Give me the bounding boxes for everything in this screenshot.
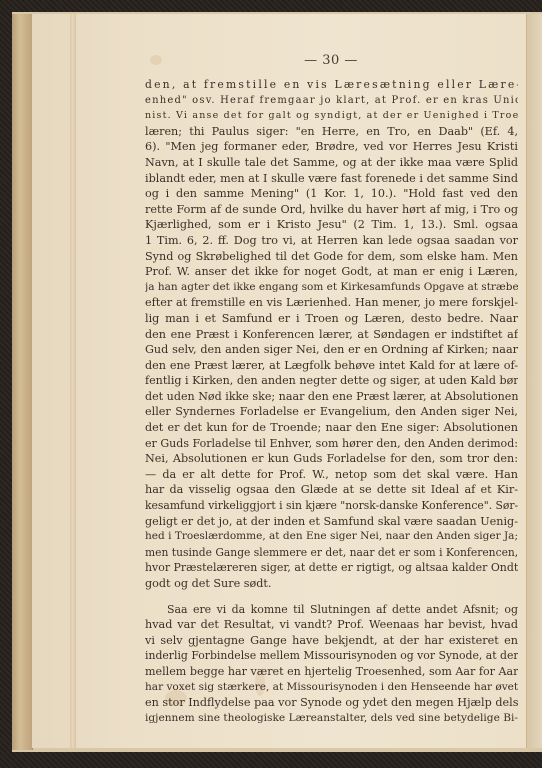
text-line: eller Syndernes Forladelse er Evangelium… bbox=[145, 404, 518, 420]
text-line: den, at fremstille en vis Læresætning el… bbox=[145, 77, 518, 93]
text-line: iblandt eder, men at I skulle være fast … bbox=[145, 171, 518, 187]
text-line: har da visselig ogsaa den Glæde at se de… bbox=[145, 482, 518, 498]
text-line: ja han agter det ikke engang som et Kirk… bbox=[145, 280, 518, 296]
text-line: fentlig i Kirken, den anden negter dette… bbox=[145, 373, 518, 389]
text-line: rette Form af de sunde Ord, hvilke du ha… bbox=[145, 202, 518, 218]
body-text: den, at fremstille en vis Læresætning el… bbox=[145, 77, 518, 726]
text-line: har voxet sig stærkere, at Missourisynod… bbox=[145, 680, 518, 696]
page-gutter-fold bbox=[70, 14, 76, 748]
text-line: Saa ere vi da komne til Slutningen af de… bbox=[145, 602, 518, 618]
text-line: enhed" osv. Heraf fremgaar jo klart, at … bbox=[145, 93, 518, 109]
text-line: lig man i et Samfund er i Troen og Læren… bbox=[145, 311, 518, 327]
text-line: 6). "Men jeg formaner eder, Brødre, ved … bbox=[145, 139, 518, 155]
text-line: Kjærlighed, som er i Kristo Jesu" (2 Tim… bbox=[145, 217, 518, 233]
text-line: hed i Troeslærdomme, at den Ene siger Ne… bbox=[145, 529, 518, 545]
paragraph-1: den, at fremstille en vis Læresætning el… bbox=[145, 77, 518, 592]
text-line: det uden Nød ikke ske; naar den ene Præs… bbox=[145, 389, 518, 405]
page-number: — 30 — bbox=[0, 53, 542, 68]
text-line: igjennem sine theologiske Læreanstalter,… bbox=[145, 711, 518, 727]
text-line: 1 Tim. 6, 2. ff. Dog tro vi, at Herren k… bbox=[145, 233, 518, 249]
text-line: mellem begge har været en hjertelig Troe… bbox=[145, 664, 518, 680]
text-line: — da er alt dette for Prof. W., netop so… bbox=[145, 467, 518, 483]
text-line: Nei, Absolutionen er kun Guds Forladelse… bbox=[145, 451, 518, 467]
text-line: nist. Vi anse det for galt og syndigt, a… bbox=[145, 108, 518, 124]
paragraph-spacer bbox=[145, 592, 518, 602]
text-line: kesamfund virkeliggjort i sin kjære "nor… bbox=[145, 498, 518, 514]
text-line: efter at fremstille en vis Lærienhed. Ha… bbox=[145, 295, 518, 311]
facing-page-edge bbox=[526, 14, 542, 748]
text-line: det er det kun for de Troende; naar den … bbox=[145, 420, 518, 436]
text-line: vi selv gjentagne Gange have bekjendt, a… bbox=[145, 633, 518, 649]
book-spine-edge bbox=[12, 14, 33, 750]
paragraph-2: Saa ere vi da komne til Slutningen af de… bbox=[145, 602, 518, 727]
text-line: Synd og Skrøbelighed til det Gode for de… bbox=[145, 249, 518, 265]
text-line: en stor Indflydelse paa vor Synode og yd… bbox=[145, 695, 518, 711]
text-line: geligt er det jo, at der inden et Samfun… bbox=[145, 514, 518, 530]
text-line: men tusinde Gange slemmere er det, naar … bbox=[145, 545, 518, 561]
text-line: Prof. W. anser det ikke for noget Godt, … bbox=[145, 264, 518, 280]
text-line: og i den samme Mening" (1 Kor. 1, 10.). … bbox=[145, 186, 518, 202]
text-line: læren; thi Paulus siger: "en Herre, en T… bbox=[145, 124, 518, 140]
text-line: hvad var det Resultat, vi vandt? Prof. W… bbox=[145, 617, 518, 633]
text-line: er Guds Forladelse til Enhver, som hører… bbox=[145, 436, 518, 452]
text-line: Gud selv, den anden siger Nei, den er en… bbox=[145, 342, 518, 358]
text-line: den ene Præst lærer, at Lægfolk behøve i… bbox=[145, 358, 518, 374]
text-line: inderlig Forbindelse mellem Missourisyno… bbox=[145, 648, 518, 664]
text-line: hvor Præstelæreren siger, at dette er ri… bbox=[145, 560, 518, 576]
text-line: den ene Præst i Konferencen lærer, at Sø… bbox=[145, 327, 518, 343]
text-line: Navn, at I skulle tale det Samme, og at … bbox=[145, 155, 518, 171]
text-line: godt og det Sure sødt. bbox=[145, 576, 518, 592]
